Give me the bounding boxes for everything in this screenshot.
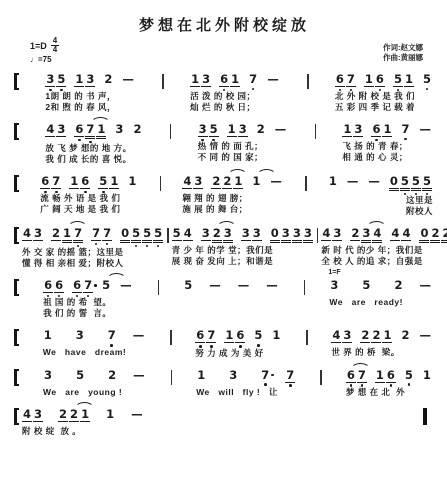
note: 3 — [201, 73, 211, 87]
note-digit: 4 — [372, 227, 382, 243]
note-digit: — — [265, 279, 279, 292]
note: — — [269, 175, 283, 188]
octave-dot-below — [404, 138, 407, 141]
barline — [304, 280, 306, 295]
octave-dot-below — [390, 384, 393, 387]
lyric-line: 青 少 年 的学 堂；我们是 — [172, 245, 314, 256]
note: 2 — [107, 369, 117, 382]
notes-row: 432212— — [331, 329, 433, 347]
barline — [317, 228, 319, 243]
note: 3 — [114, 123, 124, 136]
note-digit: — — [418, 123, 432, 136]
system: 432211—附 校 绽 放 。 — [14, 408, 435, 437]
note: 5 — [422, 175, 432, 195]
note-digit: 3 — [228, 369, 238, 382]
note-digit: 1 — [233, 175, 243, 189]
note-digit: 2 — [58, 408, 68, 422]
lyric-line: We are ready! — [329, 297, 433, 308]
lyric-line: 飞 扬 的 青 春； — [342, 141, 433, 152]
lyric-line: 我 们 成 长的 喜 悦。 — [45, 154, 143, 165]
note-digit: 5 — [56, 73, 66, 87]
note: 0 — [270, 227, 280, 243]
note: 4 — [321, 227, 331, 241]
note-digit: 3 — [342, 329, 352, 343]
note-digit: 1 — [96, 123, 106, 139]
note: 1 — [342, 123, 352, 137]
note-digit: 3 — [114, 123, 124, 136]
note: 7 — [248, 73, 258, 90]
note: 1 — [328, 175, 338, 188]
note-digit: 1 — [69, 175, 79, 189]
note-digit: 1 — [271, 329, 281, 342]
system-bracket — [14, 73, 19, 90]
octave-dot-below — [264, 383, 267, 386]
note: — — [132, 329, 146, 342]
notes-row: 35132— — [198, 123, 289, 141]
note: 1 — [127, 175, 137, 188]
note: 6 — [386, 369, 396, 387]
note: 7 — [91, 227, 101, 245]
note: 5 — [209, 123, 219, 141]
note-digit: 5 — [209, 123, 219, 137]
note: 1 — [382, 123, 392, 137]
note: 5 — [404, 369, 414, 386]
note: 1 — [233, 175, 243, 189]
note: 6 — [80, 175, 90, 193]
note: 7 — [206, 329, 216, 347]
note-digit: 7 — [107, 329, 117, 342]
measure: 43217770555外 交 家 的摇 篮；这里是懂 得 相 亲相 爱；附校人 — [22, 227, 164, 269]
tempo-value: =75 — [38, 55, 52, 64]
note-digit: — — [367, 175, 381, 188]
octave-dot-below — [87, 295, 90, 298]
octave-dot-below — [223, 89, 226, 92]
note-digit: 7 — [102, 227, 112, 241]
note-digit: 2 — [430, 227, 440, 243]
octave-dot-below — [199, 345, 202, 348]
lyric-line: 相 通 的 心 灵； — [342, 152, 433, 163]
note-digit: 3 — [33, 408, 43, 422]
measure: 54323330333青 少 年 的学 堂；我们是展 现 奋 发向 上；和谐是 — [172, 227, 314, 267]
notes-row: 1——0555 — [328, 175, 433, 195]
lyric-line: 努 力 成 为 美 好 — [195, 348, 282, 359]
note-digit: 1 — [375, 369, 385, 383]
lyric-line: We are young ! — [43, 387, 147, 398]
barline — [170, 330, 172, 345]
note: 5 — [153, 227, 163, 247]
octave-dot-below — [201, 139, 204, 142]
note: 1 — [105, 408, 115, 421]
note-digit: 4 — [401, 227, 411, 241]
octave-dot-below — [239, 345, 242, 348]
note: 4 — [390, 227, 400, 241]
note-digit: 3 — [238, 123, 248, 137]
system-bracket — [14, 123, 19, 140]
system-bracket — [14, 408, 19, 425]
system: 6716511流 畅 外 语 是 我 们广 阔 天 地 是 我 们432211—… — [14, 175, 435, 217]
note-digit: 2 — [360, 329, 370, 343]
note: — — [132, 369, 146, 382]
note: 3 — [56, 123, 66, 137]
system: 4367132放 飞 梦 想的 地 方。我 们 成 长的 喜 悦。35132—热… — [14, 123, 435, 165]
octave-dot-below — [102, 191, 105, 194]
note-digit: 5 — [253, 329, 263, 342]
note: 5 — [142, 227, 152, 247]
note: 7 — [346, 73, 356, 91]
note-digit: 3 — [241, 227, 251, 241]
note-digit: 1 — [328, 175, 338, 188]
score-systems: 35132—1朗 朗 的 书 声，2和 煦 的 春 风，13617—活 泼 的 … — [14, 73, 435, 437]
barline — [315, 124, 317, 139]
note-digit: 0 — [120, 227, 130, 243]
octave-dot-below — [60, 89, 63, 92]
measure: 31=F52—We are ready! — [329, 279, 433, 308]
composer-credit: 作曲:黄丽娜 — [383, 53, 423, 63]
barline — [305, 176, 307, 191]
note: 2 — [350, 227, 360, 241]
note: 5 — [131, 227, 141, 247]
note: 1 — [364, 73, 374, 87]
measure: 432211—翱 翔 的 翅 膀；施 展 的 舞 台； — [182, 175, 284, 215]
note-digit: 5 — [98, 175, 108, 189]
note: 2 — [212, 227, 222, 243]
note-digit: 7 — [346, 73, 356, 87]
note: 6 — [235, 329, 245, 347]
note-digit: 2 — [441, 227, 447, 243]
note: 5 — [101, 279, 111, 292]
note: 3 — [43, 369, 53, 382]
octave-dot-below — [47, 295, 50, 298]
note: 3 — [223, 227, 233, 243]
barline — [167, 228, 169, 243]
note-digit: 3 — [332, 227, 342, 241]
system-bracket — [14, 279, 19, 296]
note-digit: 6 — [335, 73, 345, 87]
note-digit: — — [132, 329, 146, 342]
note-digit: 5 — [393, 73, 403, 87]
octave-dot-below — [252, 88, 255, 91]
note-digit: 2 — [107, 369, 117, 382]
note: 1 — [224, 329, 234, 343]
measure: 671651努 力 成 为 美 好 — [195, 329, 282, 358]
note-digit: — — [130, 408, 144, 421]
barline — [158, 280, 160, 295]
note-digit: — — [418, 329, 432, 342]
note: 1 — [62, 227, 72, 243]
note-digit: 1 — [227, 123, 237, 137]
note: 3 — [241, 227, 251, 241]
octave-dot-below — [426, 88, 429, 91]
note-digit: 7 — [285, 369, 295, 383]
measure: 13617—活 泼 的 校 园；灿 烂 的 秋 日； — [190, 73, 281, 113]
note: 5 — [253, 329, 263, 346]
system-bracket — [14, 369, 19, 386]
note-digit: 1 — [127, 175, 137, 188]
note-digit: — — [274, 123, 288, 136]
note-digit: 1 — [342, 123, 352, 137]
note: 6 — [195, 329, 205, 347]
notes-row: 13617— — [190, 73, 281, 91]
measure: 1——0555这里是附校人 — [328, 175, 433, 217]
measure: 671651梦 想 在 北 外 — [346, 369, 433, 398]
note: 6 — [54, 279, 64, 297]
note: 31=F — [329, 279, 339, 292]
note-digit: 1 — [109, 175, 119, 189]
note-digit: — — [132, 369, 146, 382]
note-digit: 5 — [404, 369, 414, 382]
system: 66675—祖 国 的 希 望。我 们 的 誓 言。5———31=F52—We … — [14, 279, 435, 319]
note: 0 — [419, 227, 429, 243]
octave-dot-below — [77, 245, 80, 248]
note: 1 — [43, 329, 53, 342]
note: 1 — [251, 175, 261, 188]
octave-dot-below — [157, 245, 160, 248]
note-digit: 2 — [51, 227, 61, 241]
note: 6 — [72, 279, 82, 297]
octave-dot-below — [146, 245, 149, 248]
note-digit: 5 — [361, 279, 371, 292]
barline — [307, 74, 309, 89]
final-barline — [423, 408, 427, 425]
note-digit: 3 — [252, 227, 262, 241]
note: 7 — [107, 329, 117, 346]
note-digit: 5 — [172, 227, 182, 241]
note: 4 — [45, 123, 55, 137]
note: 1 — [271, 329, 281, 342]
note-digit: — — [346, 175, 360, 188]
note-digit: 1 — [190, 73, 200, 87]
note-digit: 5 — [142, 227, 152, 243]
note: 5 — [172, 227, 182, 241]
note: — — [367, 175, 381, 188]
note-digit: 6 — [386, 369, 396, 383]
notes-row: 1377 — [196, 369, 296, 387]
octave-dot-below — [89, 141, 92, 144]
note-digit: 2 — [103, 73, 113, 86]
note: — — [418, 329, 432, 342]
note-digit: 6 — [72, 279, 82, 293]
note-digit: 3 — [33, 227, 43, 241]
note-digit: 5 — [400, 175, 410, 191]
note-digit: 2 — [350, 227, 360, 241]
note-digit: 1 — [404, 73, 414, 87]
note-digit: 3 — [281, 227, 291, 243]
lyric-line: 梦 想 在 北 外 — [346, 387, 433, 398]
notes-row: 13617— — [342, 123, 433, 141]
note-digit: 4 — [22, 227, 32, 241]
note-digit: 3 — [303, 227, 313, 243]
octave-dot-below — [76, 295, 79, 298]
lyric-line: 懂 得 相 亲相 爱；附校人 — [22, 258, 164, 269]
lyric-line: 展 现 奋 发向 上；和谐是 — [172, 256, 314, 267]
barline — [320, 370, 322, 385]
barline — [170, 124, 172, 139]
lyric-line: 施 展 的 舞 台； — [182, 204, 284, 215]
note: 5 — [422, 73, 432, 90]
octave-dot-below — [379, 89, 382, 92]
note: 1 — [96, 123, 106, 139]
note-digit: 1 — [224, 329, 234, 343]
note: 3 — [33, 408, 43, 422]
note-digit: 4 — [182, 175, 192, 189]
measure: 6716511流 畅 外 语 是 我 们广 阔 天 地 是 我 们 — [40, 175, 138, 215]
note: 7 — [260, 369, 270, 386]
note: 3 — [33, 227, 43, 241]
note-digit: 7 — [206, 329, 216, 343]
octave-dot-below — [375, 139, 378, 142]
note-digit: 3 — [292, 227, 302, 243]
note-digit: 5 — [422, 73, 432, 86]
note-digit: 0 — [389, 175, 399, 191]
notes-row: 43234440222 — [321, 227, 447, 245]
note-digit: 2 — [371, 329, 381, 343]
note: 2 — [393, 279, 403, 292]
note-digit: — — [208, 279, 222, 292]
measure: 35132—热 情 的 面 孔；不 同 的 国 家； — [198, 123, 289, 163]
lyricist-credit: 作词:赵文娜 — [383, 43, 423, 53]
note-digit: 5 — [131, 227, 141, 243]
note: 2 — [222, 175, 232, 189]
key-signature-block: 1=D 4 4 ♩=75 — [30, 37, 59, 64]
notes-row: 66675— — [43, 279, 134, 297]
lyric-line: 广 阔 天 地 是 我 们 — [40, 204, 138, 215]
note-digit: 6 — [375, 73, 385, 87]
note: — — [208, 279, 222, 292]
lyric-line: 五 彩 四 季 记 载 着 — [335, 102, 433, 113]
system: 352—We are young !1377We will fly ! 让671… — [14, 369, 435, 398]
note-digit: 1 — [382, 329, 392, 343]
note: 6 — [346, 369, 356, 387]
system: 137—We have dream!671651努 力 成 为 美 好43221… — [14, 329, 435, 358]
octave-dot-below — [78, 139, 81, 142]
octave-dot-below — [49, 89, 52, 92]
note: 7 — [85, 123, 95, 143]
lyric-line: We will fly ! 让 — [196, 387, 296, 398]
notes-row: 31=F52— — [329, 279, 433, 297]
note: 5 — [75, 369, 85, 382]
note: — — [265, 279, 279, 292]
octave-dot-below — [110, 344, 113, 347]
measure: 6716515北 外 附 校 是 我 们五 彩 四 季 记 载 着 — [335, 73, 433, 113]
note: — — [237, 279, 251, 292]
note: 2 — [360, 329, 370, 343]
measure: 66675—祖 国 的 希 望。我 们 的 誓 言。 — [43, 279, 134, 319]
notes-row: 6716511 — [40, 175, 138, 193]
song-title: 梦想在北外附校绽放 — [14, 14, 435, 35]
octave-dot-below — [397, 89, 400, 92]
note: 4 — [182, 175, 192, 189]
note: 3 — [361, 227, 371, 243]
note: 2 — [103, 73, 113, 86]
note-digit: — — [121, 73, 135, 86]
note: 7 — [357, 369, 367, 387]
note-digit: 3 — [85, 73, 95, 87]
note: 5 — [361, 279, 371, 292]
note-digit: 6 — [219, 73, 229, 87]
note: 7 — [102, 227, 112, 245]
note: 6 — [40, 175, 50, 193]
octave-dot-below — [106, 243, 109, 246]
note: 7 — [400, 123, 410, 140]
note: 7 — [83, 279, 93, 297]
note: 1 — [230, 73, 240, 87]
note: 3 — [201, 227, 211, 241]
octave-dot-below — [408, 383, 411, 386]
lyric-line: 2和 煦 的 春 风， — [45, 102, 136, 113]
note-digit: 6 — [235, 329, 245, 343]
key-change-label: 1=F — [328, 269, 340, 277]
measure: 35132—1朗 朗 的 书 声，2和 煦 的 春 风， — [45, 73, 136, 113]
note: 1 — [382, 329, 392, 343]
note-digit: 3 — [329, 279, 339, 292]
note: 4 — [183, 227, 193, 241]
note: 3 — [353, 123, 363, 137]
note-digit: 3 — [43, 369, 53, 382]
note-digit: — — [269, 175, 283, 188]
note-digit: — — [266, 73, 280, 86]
note: 7 — [285, 369, 295, 387]
note: 5 — [411, 175, 421, 195]
note-digit: 3 — [353, 123, 363, 137]
note: — — [346, 175, 360, 188]
notes-row: 43217770555 — [22, 227, 164, 247]
octave-dot-below — [289, 384, 292, 387]
note-digit: — — [237, 279, 251, 292]
lyric-line: 世 界 的 桥 梁。 — [331, 347, 433, 358]
note-digit: 3 — [56, 123, 66, 137]
notes-row: 54323330333 — [172, 227, 314, 245]
note: 3 — [75, 329, 85, 342]
notes-row: 137— — [43, 329, 147, 347]
note: 2 — [400, 329, 410, 342]
note-digit: 3 — [193, 175, 203, 189]
note: 6 — [371, 123, 381, 141]
note: 3 — [238, 123, 248, 137]
notes-row: 432211— — [22, 408, 145, 426]
note: 5 — [393, 73, 403, 91]
note-digit: 4 — [22, 408, 32, 422]
octave-dot-below — [135, 245, 138, 248]
note: 3 — [228, 369, 238, 382]
note-digit: — — [418, 279, 432, 292]
note-digit: 6 — [80, 175, 90, 189]
note-digit: 5 — [75, 369, 85, 382]
note: 1 — [375, 369, 385, 383]
note-digit: 1 — [230, 73, 240, 87]
note-digit: 2 — [400, 329, 410, 342]
note-digit: 1 — [80, 408, 90, 422]
lyric-line: 附 校 绽 放 。 — [22, 426, 145, 437]
octave-dot-below — [58, 295, 61, 298]
note: 1 — [80, 408, 90, 422]
measure: 137—We have dream! — [43, 329, 147, 358]
note: 3 — [332, 227, 342, 241]
lyric-line: 附校人 — [328, 206, 433, 217]
note-digit: 6 — [54, 279, 64, 293]
note: 1 — [227, 123, 237, 137]
system-bracket — [14, 175, 19, 192]
note: — — [274, 123, 288, 136]
note-digit: 4 — [321, 227, 331, 241]
note: 0 — [389, 175, 399, 191]
note: 2 — [256, 123, 266, 136]
note: 1 — [190, 73, 200, 87]
measure: 432212—世 界 的 桥 梁。 — [331, 329, 433, 358]
notes-row: 4367132 — [45, 123, 143, 143]
lyric-line: 北 外 附 校 是 我 们 — [335, 91, 433, 102]
note: 3 — [303, 227, 313, 243]
measure: 1377We will fly ! 让 — [196, 369, 296, 398]
